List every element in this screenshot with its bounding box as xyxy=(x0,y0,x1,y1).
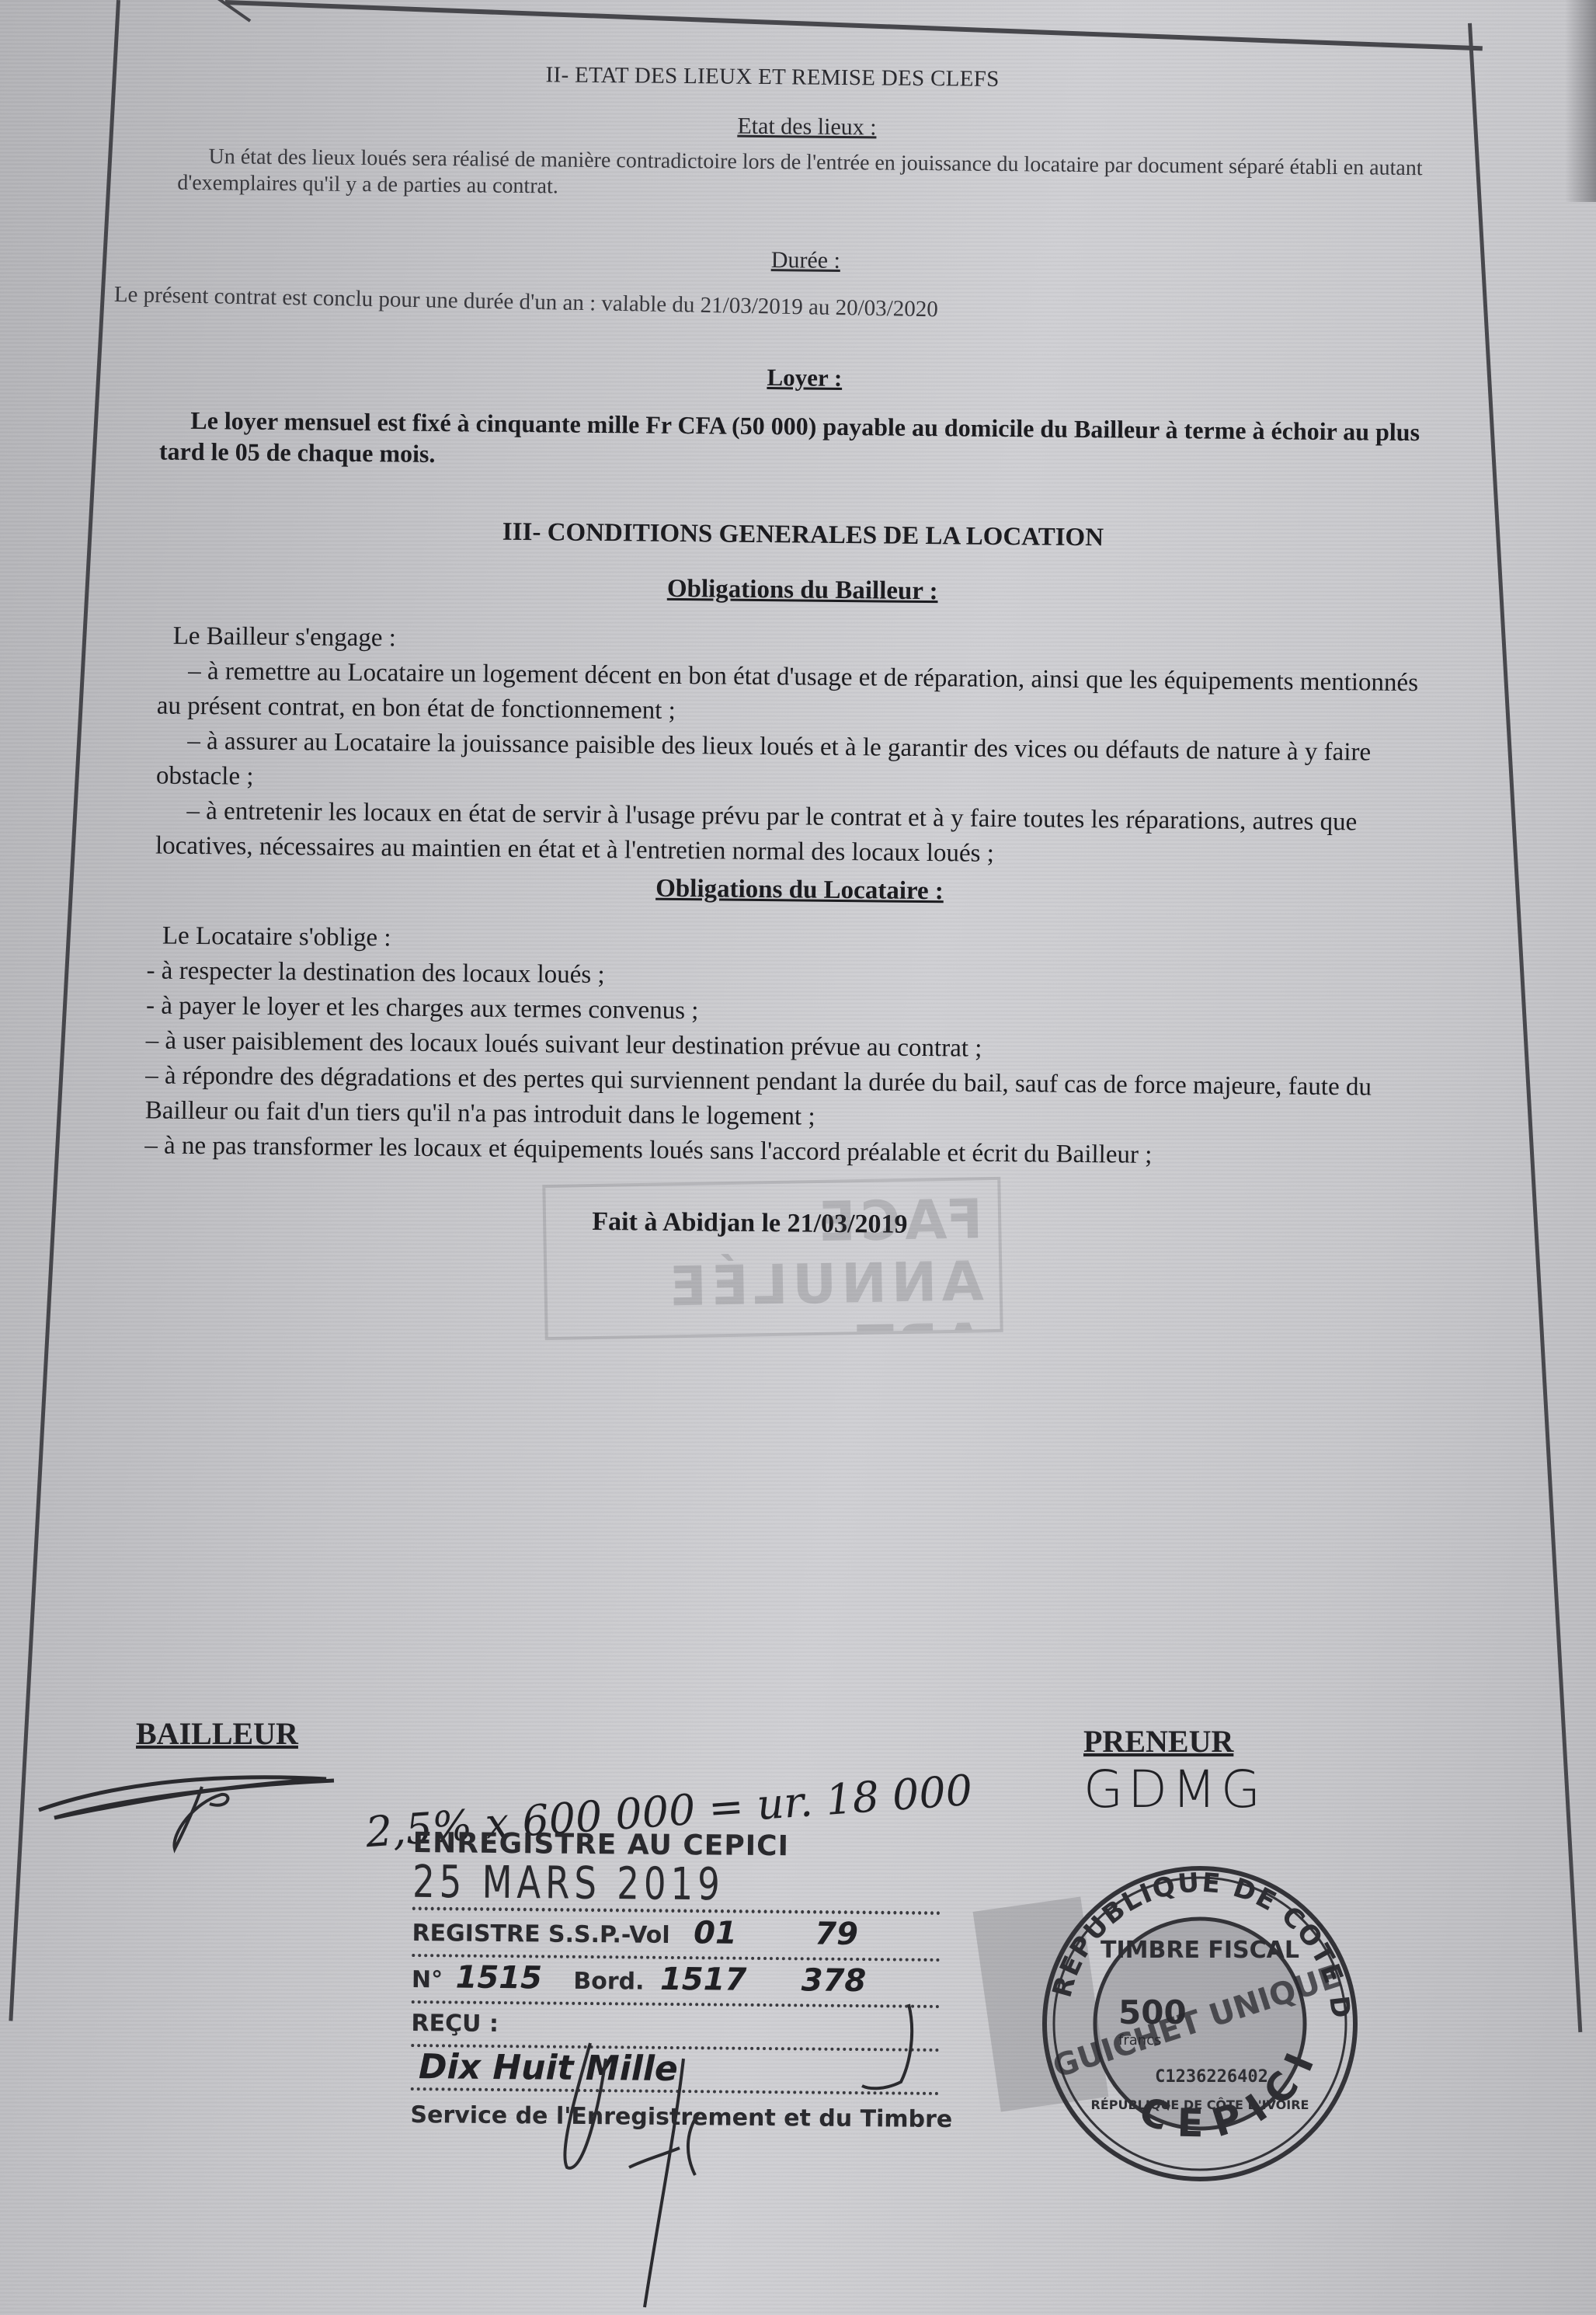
section-ii-title: II- ETAT DES LIEUX ET REMISE DES CLEFS xyxy=(92,58,1452,97)
section-iii-title: III- CONDITIONS GENERALES DE LA LOCATION xyxy=(158,515,1448,556)
fiscal-stamp-seal-icon: RÉPUBLIQUE DE CÔTE D'IVOIRE CEPICI TIMBR… xyxy=(1033,1857,1367,2191)
n-value: 1515 xyxy=(455,1960,542,1996)
loyer-text: Le loyer mensuel est fixé à cinquante mi… xyxy=(159,405,1449,479)
document-page: II- ETAT DES LIEUX ET REMISE DES CLEFS E… xyxy=(105,43,1452,1247)
etat-des-lieux-text: Un état des lieux loués sera réalisé de … xyxy=(177,144,1436,209)
n-label: N° xyxy=(412,1966,443,1993)
etat-des-lieux-heading: Etat des lieux : xyxy=(737,113,876,141)
duree-text: Le présent contrat est conclu pour une d… xyxy=(114,281,1450,332)
bailleur-item: – à assurer au Locataire la jouissance p… xyxy=(156,724,1423,806)
duree-heading: Durée : xyxy=(771,247,840,273)
recu-label: REÇU : xyxy=(411,2010,499,2038)
registre-folio: 79 xyxy=(815,1916,858,1952)
loyer-heading: Loyer : xyxy=(767,364,842,392)
edge-shadow xyxy=(1565,0,1596,202)
faded-cancelled-stamp: FACE ANNULÉE ART. ... xyxy=(542,1177,1003,1340)
locataire-obligations-heading: Obligations du Locataire : xyxy=(655,875,944,906)
registre-label: REGISTRE S.S.P.-Vol xyxy=(412,1920,669,1949)
registre-vol: 01 xyxy=(694,1915,737,1951)
stamp-serial: C1236226402 xyxy=(1155,2067,1268,2087)
bailleur-item: – à entretenir les locaux en état de ser… xyxy=(155,794,1422,876)
locataire-item: – à répondre des dégradations et des per… xyxy=(145,1058,1420,1140)
bailleur-item: – à remettre au Locataire un logement dé… xyxy=(157,654,1424,736)
officer-signature-icon xyxy=(544,1973,948,2315)
stamp-inner-top-text: TIMBRE FISCAL xyxy=(1101,1937,1299,1964)
bailleur-signature-icon xyxy=(31,1756,357,1857)
locataire-obligations: Le Locataire s'oblige : - à respecter la… xyxy=(144,918,1420,1175)
fiscal-stamp: RÉPUBLIQUE DE CÔTE D'IVOIRE CEPICI TIMBR… xyxy=(1033,1857,1367,2191)
stamp-registre-row: REGISTRE S.S.P.-Vol 01 79 xyxy=(412,1910,940,1962)
preneur-label: PRENEUR xyxy=(1083,1723,1233,1760)
bailleur-obligations: Le Bailleur s'engage : – à remettre au L… xyxy=(155,619,1424,876)
stamp-inner-bottom-text: RÉPUBLIQUE DE CÔTE D'IVOIRE xyxy=(1091,2097,1309,2112)
preneur-initials: GDMG xyxy=(1083,1760,1265,1819)
bailleur-label: BAILLEUR xyxy=(136,1715,298,1752)
faded-stamp-line: FACE ANNULÉE xyxy=(562,1188,985,1319)
bailleur-obligations-heading: Obligations du Bailleur : xyxy=(667,575,938,605)
stamp-date: 25 MARS 2019 xyxy=(412,1857,941,1915)
